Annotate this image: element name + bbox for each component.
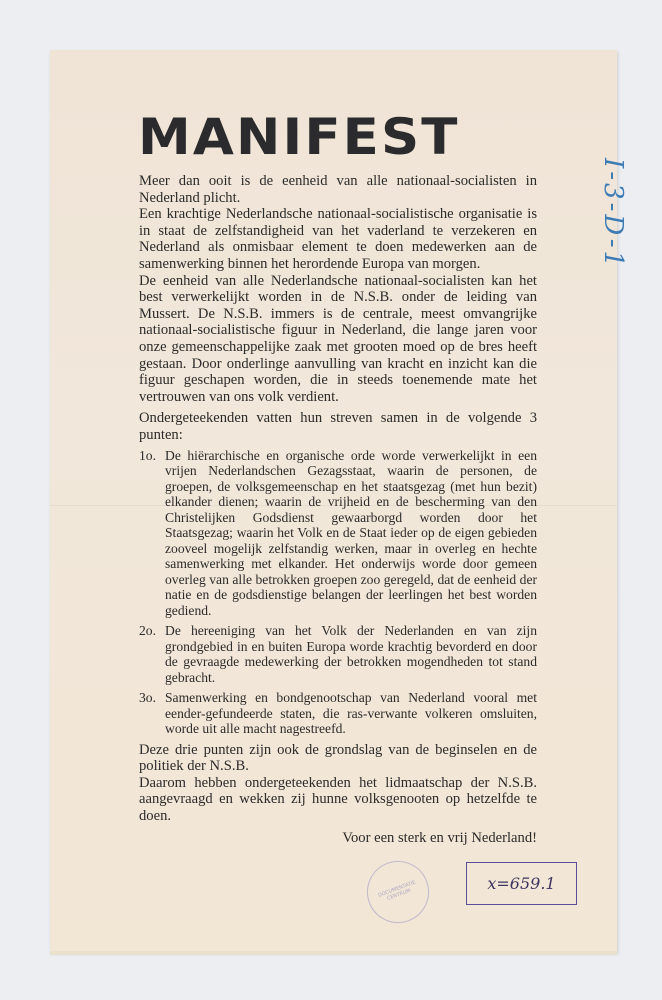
- inventory-number: x=659.1: [487, 874, 555, 893]
- stamp-text: DOCUMENTATIE CENTRUM: [368, 876, 428, 908]
- paragraph-2: Een krachtige Nederlandsche nationaal-so…: [139, 206, 537, 272]
- point-text: De hiërarchische en organische orde word…: [165, 448, 537, 619]
- point-3: 3o. Samenwerking en bondgenootschap van …: [139, 690, 537, 737]
- point-number: 1o.: [139, 448, 165, 619]
- closing-paragraph-1: Deze drie punten zijn ook de grondslag v…: [139, 742, 537, 775]
- handwritten-archive-code: I-3-D-1: [598, 158, 628, 270]
- paper-bottom-edge: [50, 951, 617, 955]
- point-1: 1o. De hiërarchische en organische orde …: [139, 448, 537, 619]
- motto: Voor een sterk en vrij Nederland!: [139, 830, 537, 847]
- point-2: 2o. De hereeniging van het Volk der Nede…: [139, 623, 537, 685]
- manifesto-poster: MANIFEST I-3-D-1 Meer dan ooit is de een…: [50, 50, 617, 952]
- inventory-number-box: x=659.1: [466, 862, 577, 905]
- point-number: 2o.: [139, 623, 165, 685]
- point-number: 3o.: [139, 690, 165, 737]
- points-list: 1o. De hiërarchische en organische orde …: [139, 448, 537, 737]
- paragraph-4: Ondergeteekenden vatten hun streven same…: [139, 410, 537, 443]
- document-title: MANIFEST: [138, 112, 460, 162]
- point-text: Samenwerking en bondgenootschap van Nede…: [165, 690, 537, 737]
- paragraph-1: Meer dan ooit is de eenheid van alle nat…: [139, 173, 537, 206]
- closing-paragraph-2: Daarom hebben ondergeteekenden het lidma…: [139, 775, 537, 825]
- paragraph-3: De eenheid van alle Nederlandsche nation…: [139, 273, 537, 406]
- document-body: Meer dan ooit is de eenheid van alle nat…: [139, 173, 537, 862]
- point-text: De hereeniging van het Volk der Nederlan…: [165, 623, 537, 685]
